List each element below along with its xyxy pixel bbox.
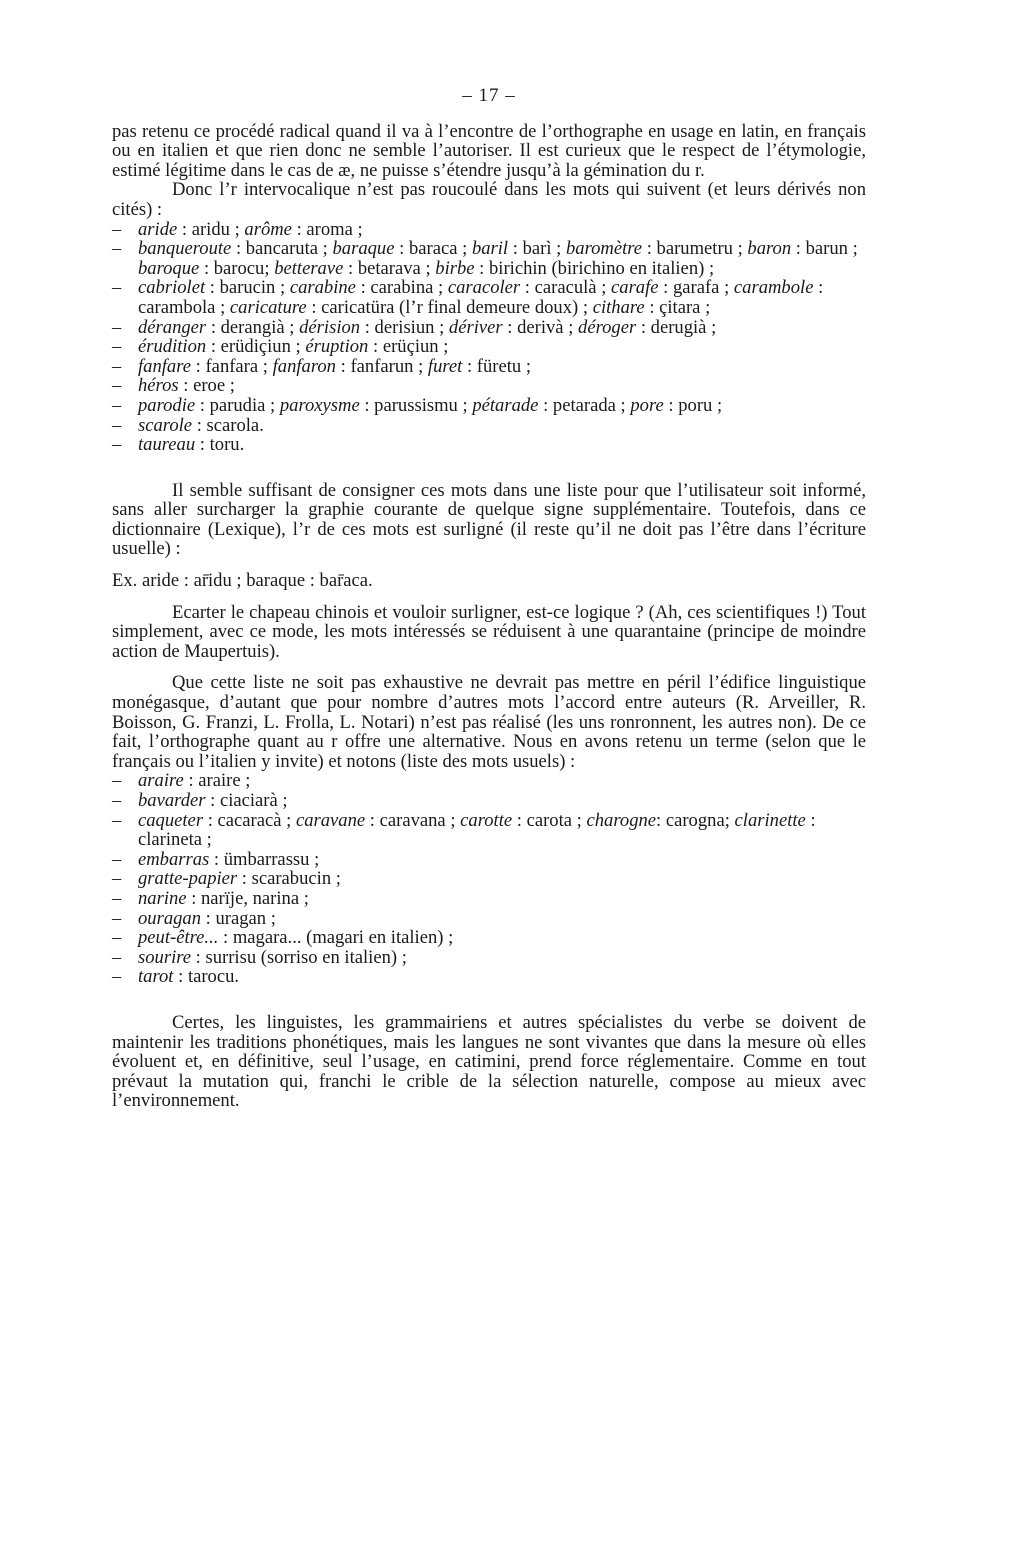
list-item: banqueroute : bancaruta ; baraque : bara… — [112, 239, 866, 278]
list-item: déranger : derangià ; dérision : derisiu… — [112, 318, 866, 338]
example-line: Ex. aride : ar̄idu ; baraque : bar̄aca. — [112, 571, 866, 591]
list-item: parodie : parudia ; paroxysme : parussis… — [112, 396, 866, 416]
page-number: – 17 – — [112, 86, 866, 106]
list-item: scarole : scarola. — [112, 416, 866, 436]
list-item: caqueter : cacaracà ; caravane : caravan… — [112, 811, 866, 850]
paragraph-6: Que cette liste ne soit pas exhaustive n… — [112, 673, 866, 771]
paragraph-3: Il semble suffisant de consigner ces mot… — [112, 481, 866, 559]
list-item: tarot : tarocu. — [112, 967, 866, 987]
paragraph-1: pas retenu ce procédé radical quand il v… — [112, 122, 866, 181]
list-item: gratte-papier : scarabucin ; — [112, 869, 866, 889]
list-item: embarras : ümbarrassu ; — [112, 850, 866, 870]
paragraph-2: Donc l’r intervocalique n’est pas roucou… — [112, 180, 866, 219]
list-item: bavarder : ciaciarà ; — [112, 791, 866, 811]
list-item: fanfare : fanfara ; fanfaron : fanfarun … — [112, 357, 866, 377]
list-item: sourire : surrisu (sorriso en italien) ; — [112, 948, 866, 968]
list-item: héros : eroe ; — [112, 376, 866, 396]
word-list-1: aride : aridu ; arôme : aroma ; banquero… — [112, 220, 866, 455]
list-item: araire : araire ; — [112, 771, 866, 791]
list-item: aride : aridu ; arôme : aroma ; — [112, 220, 866, 240]
list-item: taureau : toru. — [112, 435, 866, 455]
list-item: érudition : erüdiçiun ; éruption : erüçi… — [112, 337, 866, 357]
list-item: cabriolet : barucin ; carabine : carabin… — [112, 278, 866, 317]
paragraph-5: Ecarter le chapeau chinois et vouloir su… — [112, 603, 866, 662]
list-item: ouragan : uragan ; — [112, 909, 866, 929]
document-page: – 17 – pas retenu ce procédé radical qua… — [112, 86, 866, 1111]
list-item: narine : narïje, narina ; — [112, 889, 866, 909]
word-list-2: araire : araire ; bavarder : ciaciarà ; … — [112, 771, 866, 987]
list-item: peut-être... : magara... (magari en ital… — [112, 928, 866, 948]
paragraph-7: Certes, les linguistes, les grammairiens… — [112, 1013, 866, 1111]
